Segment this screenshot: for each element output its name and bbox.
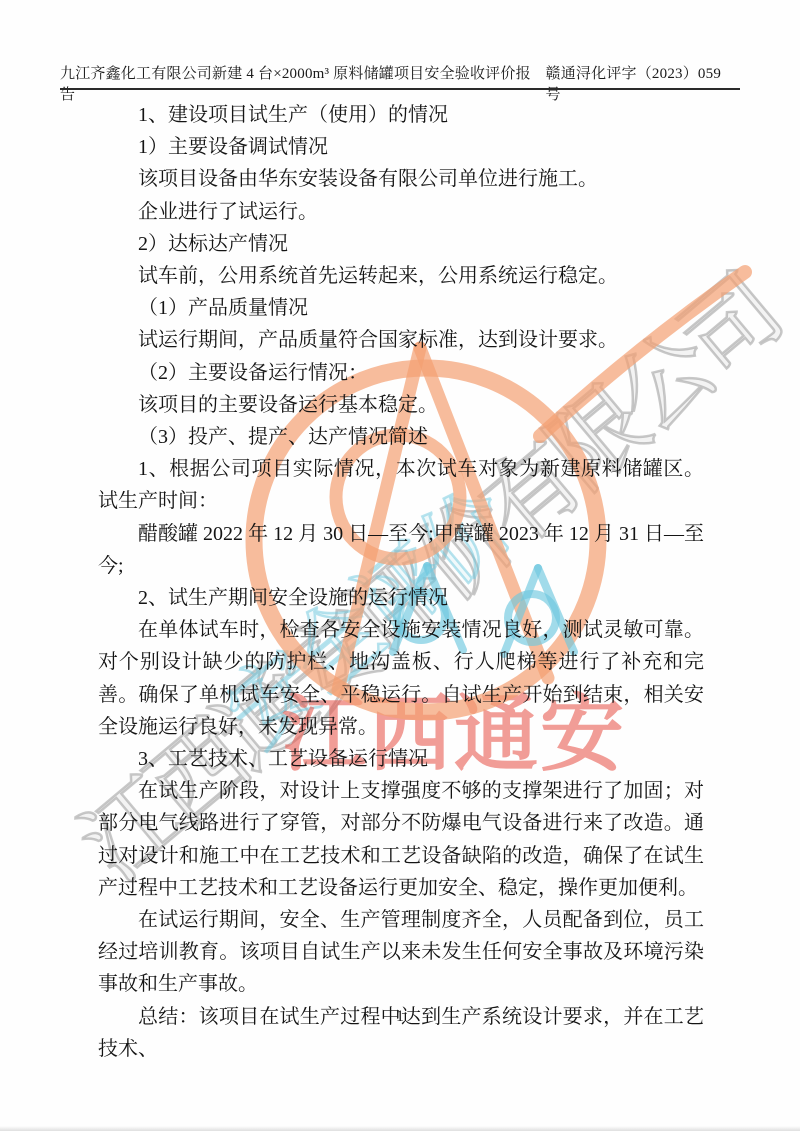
paragraph: 企业进行了试运行。 [98, 196, 704, 228]
paragraph: 该项目设备由华东安装设备有限公司单位进行施工。 [98, 163, 704, 195]
paragraph: 1、建设项目试生产（使用）的情况 [98, 99, 704, 131]
paragraph: 醋酸罐 2022 年 12 月 30 日—至今;甲醇罐 2023 年 12 月 … [98, 518, 704, 582]
page-footer: 1 [0, 1008, 800, 1026]
paragraph: （1）产品质量情况 [98, 292, 704, 324]
paragraph: 该项目的主要设备运行基本稳定。 [98, 389, 704, 421]
header-report-title: 九江齐鑫化工有限公司新建 4 台×2000m³ 原料储罐项目安全验收评价报告 [60, 62, 546, 104]
paragraph: 2、试生产期间安全设施的运行情况 [98, 582, 704, 614]
paragraph: 1）主要设备调试情况 [98, 131, 704, 163]
scan-edge-shadow [0, 1126, 800, 1131]
header-document-number: 赣通浔化评字（2023）059 号 [546, 62, 740, 104]
page-number: 1 [396, 1008, 404, 1025]
paragraph: 1、根据公司项目实际情况，本次试车对象为新建原料储罐区。试生产时间： [98, 453, 704, 517]
paragraph: 在单体试车时，检查各安全设施安装情况良好，测试灵敏可靠。对个别设计缺少的防护栏、… [98, 614, 704, 743]
paragraph: （2）主要设备运行情况： [98, 357, 704, 389]
paragraph: 3、工艺技术、工艺设备运行情况 [98, 743, 704, 775]
paragraph: （3）投产、提产、达产情况简述 [98, 421, 704, 453]
paragraph: 2）达标达产情况 [98, 228, 704, 260]
header-rule [60, 88, 740, 90]
paragraph: 试车前，公用系统首先运转起来，公用系统运行稳定。 [98, 260, 704, 292]
paragraph: 在试生产阶段，对设计上支撑强度不够的支撑架进行了加固；对部分电气线路进行了穿管，… [98, 775, 704, 904]
document-body: 1、建设项目试生产（使用）的情况 1）主要设备调试情况 该项目设备由华东安装设备… [98, 99, 704, 1065]
paragraph: 试运行期间，产品质量符合国家标准，达到设计要求。 [98, 324, 704, 356]
page-header: 九江齐鑫化工有限公司新建 4 台×2000m³ 原料储罐项目安全验收评价报告 赣… [60, 62, 740, 104]
document-page: 江西通安评价有限公司 安全评价 江西通安 [0, 0, 800, 1131]
paragraph: 在试运行期间，安全、生产管理制度齐全，人员配备到位，员工经过培训教育。该项目自试… [98, 904, 704, 1001]
